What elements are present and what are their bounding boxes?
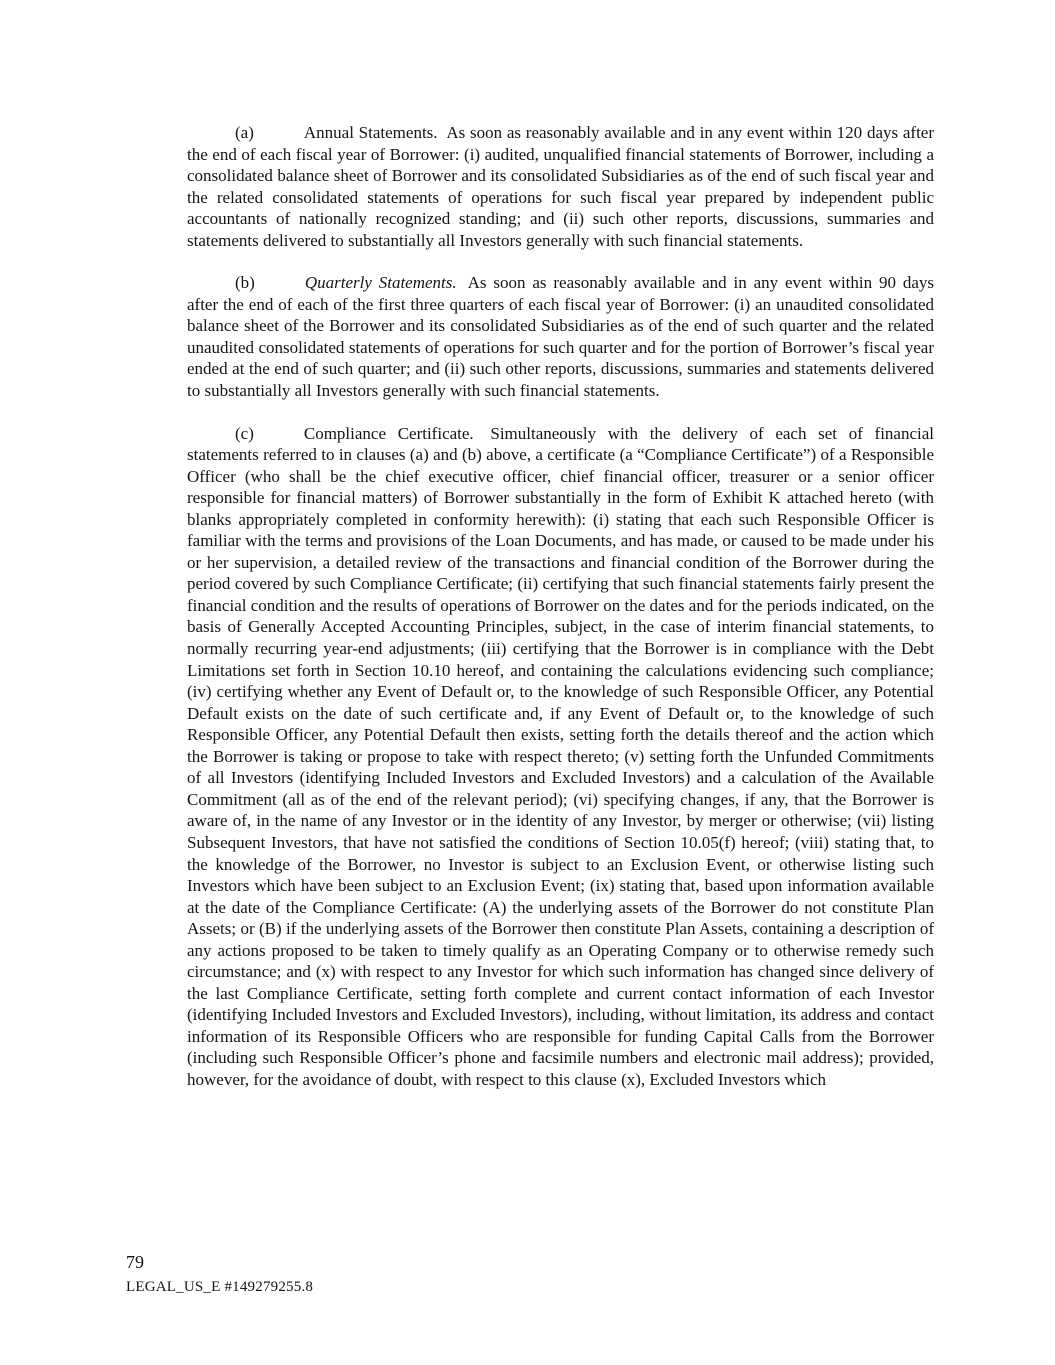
clause-body-text: As soon as reasonably available and in a… xyxy=(187,123,934,250)
clause-label: (a) xyxy=(235,123,254,142)
clause-body-text: Simultaneously with the delivery of each… xyxy=(187,424,934,1089)
clause-heading-annual-statements: Annual Statements. xyxy=(304,123,438,142)
clause-label: (c) xyxy=(235,424,254,443)
paragraph-compliance-certificate: (c)Compliance Certificate. Simultaneousl… xyxy=(187,423,934,1091)
document-id-footer: LEGAL_US_E #149279255.8 xyxy=(126,1279,313,1296)
clause-body-text: As soon as reasonably available and in a… xyxy=(187,273,934,400)
clause-heading-compliance-certificate: Compliance Certificate. xyxy=(304,424,474,443)
paragraph-annual-statements: (a)Annual Statements. As soon as reasona… xyxy=(187,122,934,251)
page-body-text: (a)Annual Statements. As soon as reasona… xyxy=(187,122,934,1091)
paragraph-quarterly-statements: (b)Quarterly Statements. As soon as reas… xyxy=(187,272,934,401)
page-number: 79 xyxy=(126,1252,144,1273)
clause-label: (b) xyxy=(235,273,255,292)
clause-heading-quarterly-statements: Quarterly Statements. xyxy=(305,273,457,292)
document-page: (a)Annual Statements. As soon as reasona… xyxy=(0,0,1055,1365)
